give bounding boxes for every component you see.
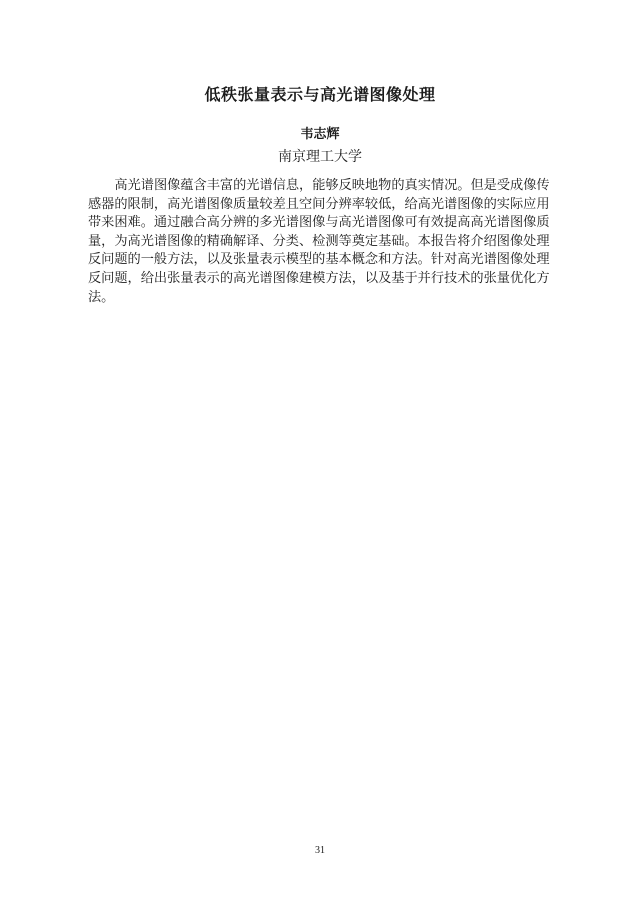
abstract-line: 带来困难。通过融合高分辨的多光谱图像与高光谱图像可有效提高高光谱图像质 [88,213,548,232]
abstract-line: 法。 [88,288,548,307]
page-number: 31 [0,845,640,857]
abstract-line: 感器的限制，高光谱图像质量较差且空间分辨率较低，给高光谱图像的实际应用 [88,195,548,214]
affiliation: 南京理工大学 [0,150,640,165]
abstract-line: 反问题，给出张量表示的高光谱图像建模方法，以及基于并行技术的张量优化方 [88,269,548,288]
abstract-line: 高光谱图像蕴含丰富的光谱信息，能够反映地物的真实情况。但是受成像传 [88,176,548,195]
abstract-line: 量，为高光谱图像的精确解译、分类、检测等奠定基础。本报告将介绍图像处理 [88,232,548,251]
abstract-paragraph: 高光谱图像蕴含丰富的光谱信息，能够反映地物的真实情况。但是受成像传 感器的限制，… [88,176,548,306]
paper-title: 低秩张量表示与高光谱图像处理 [0,0,640,104]
author-name: 韦志辉 [0,127,640,141]
document-page: 低秩张量表示与高光谱图像处理 韦志辉 南京理工大学 高光谱图像蕴含丰富的光谱信息… [0,0,640,905]
abstract-line: 反问题的一般方法，以及张量表示模型的基本概念和方法。针对高光谱图像处理 [88,250,548,269]
